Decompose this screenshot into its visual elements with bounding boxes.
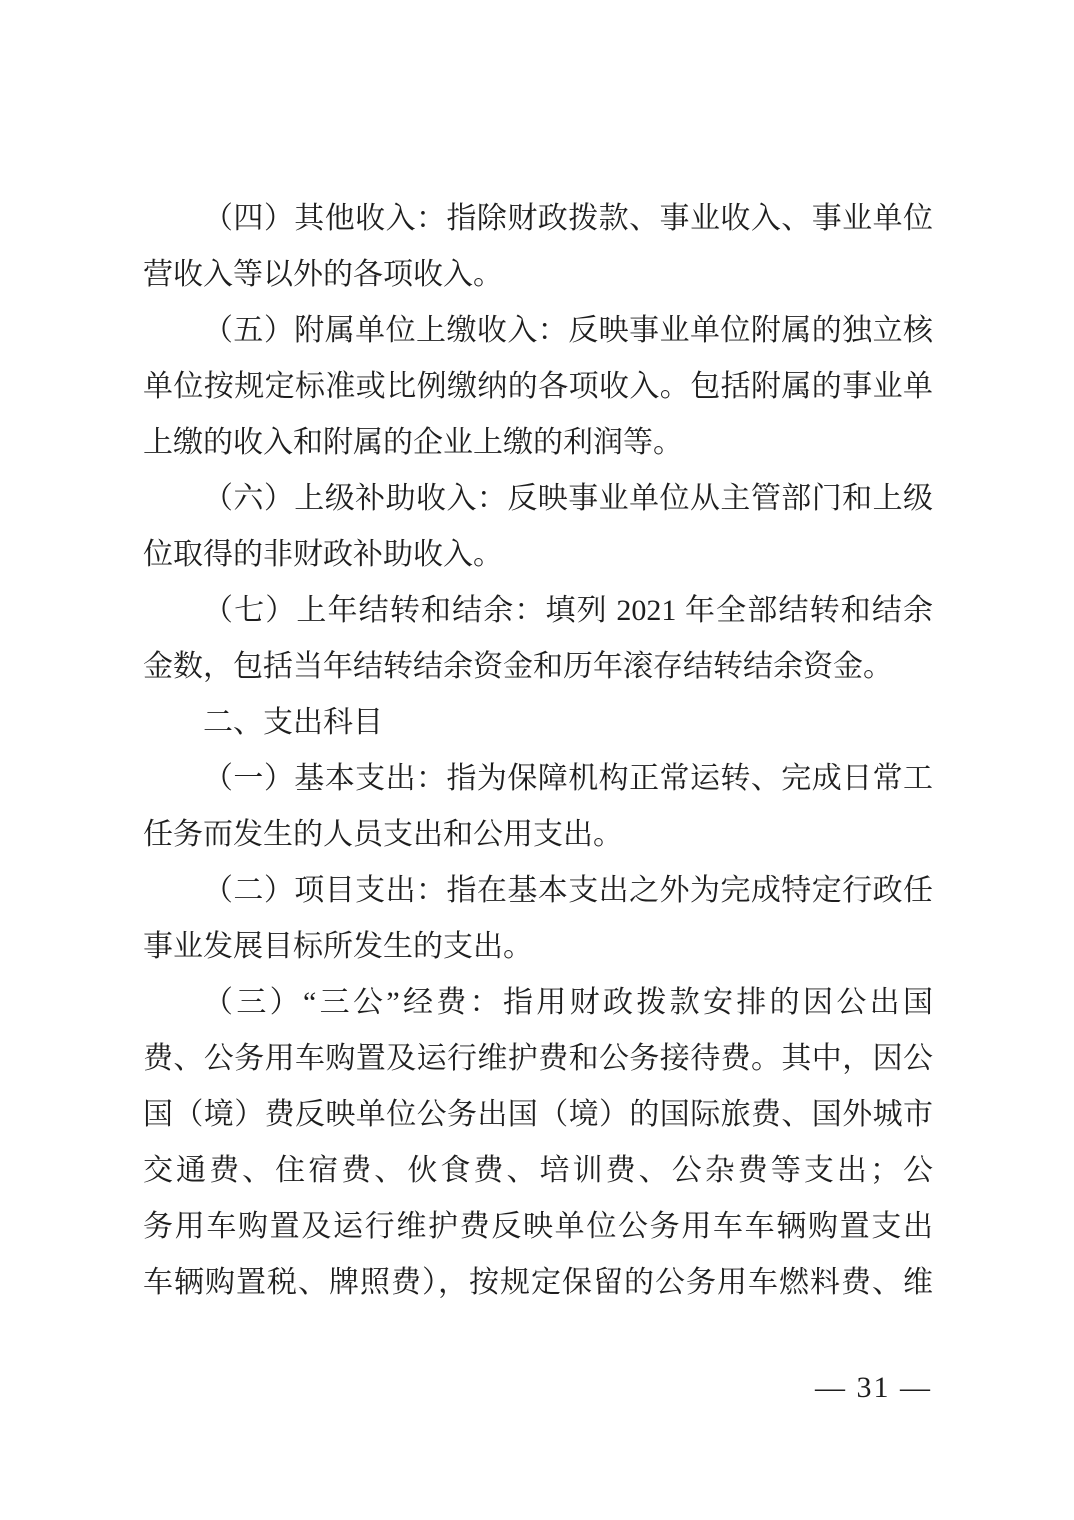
- text-line: 费、公务用车购置及运行维护费和公务接待费。其中，因公出: [143, 1031, 933, 1087]
- text-line: 务用车购置及运行维护费反映单位公务用车车辆购置支出（含: [143, 1199, 933, 1255]
- document-body: （四）其他收入：指除财政拨款、事业收入、事业单位经 营收入等以外的各项收入。 （…: [143, 191, 933, 1311]
- text-line: （五）附属单位上缴收入：反映事业单位附属的独立核算: [143, 303, 933, 359]
- text-line: （二）项目支出：指在基本支出之外为完成特定行政任务或: [143, 863, 933, 919]
- paragraph-carryover-balance: （七）上年结转和结余：填列 2021 年全部结转和结余的资 金数，包括当年结转结…: [143, 583, 933, 695]
- text-line: （三）“三公”经费：指用财政拨款安排的因公出国（境）: [143, 975, 933, 1031]
- section-heading-expenditure: 二、支出科目: [143, 695, 933, 751]
- text-line: 任务而发生的人员支出和公用支出。: [143, 807, 933, 863]
- paragraph-superior-subsidy-income: （六）上级补助收入：反映事业单位从主管部门和上级单 位取得的非财政补助收入。: [143, 471, 933, 583]
- text-line: 事业发展目标所发生的支出。: [143, 919, 933, 975]
- text-line: 国（境）费反映单位公务出国（境）的国际旅费、国外城市间: [143, 1087, 933, 1143]
- paragraph-three-public-funds: （三）“三公”经费：指用财政拨款安排的因公出国（境） 费、公务用车购置及运行维护…: [143, 975, 933, 1311]
- text-line: 位取得的非财政补助收入。: [143, 527, 933, 583]
- text-line: 车辆购置税、牌照费），按规定保留的公务用车燃料费、维修: [143, 1255, 933, 1311]
- text-line: 上缴的收入和附属的企业上缴的利润等。: [143, 415, 933, 471]
- page-number: — 31 —: [815, 1368, 932, 1408]
- section-heading-line: 二、支出科目: [143, 695, 933, 751]
- text-line: （四）其他收入：指除财政拨款、事业收入、事业单位经: [143, 191, 933, 247]
- text-line: 营收入等以外的各项收入。: [143, 247, 933, 303]
- paragraph-affiliated-unit-income: （五）附属单位上缴收入：反映事业单位附属的独立核算 单位按规定标准或比例缴纳的各…: [143, 303, 933, 471]
- text-line: 金数，包括当年结转结余资金和历年滚存结转结余资金。: [143, 639, 933, 695]
- text-line: （七）上年结转和结余：填列 2021 年全部结转和结余的资: [143, 583, 933, 639]
- text-line: 单位按规定标准或比例缴纳的各项收入。包括附属的事业单位: [143, 359, 933, 415]
- text-line: （六）上级补助收入：反映事业单位从主管部门和上级单: [143, 471, 933, 527]
- text-line: 交通费、住宿费、伙食费、培训费、公杂费等支出；公: [143, 1143, 933, 1199]
- paragraph-basic-expenditure: （一）基本支出：指为保障机构正常运转、完成日常工作 任务而发生的人员支出和公用支…: [143, 751, 933, 863]
- paragraph-project-expenditure: （二）项目支出：指在基本支出之外为完成特定行政任务或 事业发展目标所发生的支出。: [143, 863, 933, 975]
- text-line: （一）基本支出：指为保障机构正常运转、完成日常工作: [143, 751, 933, 807]
- paragraph-other-income: （四）其他收入：指除财政拨款、事业收入、事业单位经 营收入等以外的各项收入。: [143, 191, 933, 303]
- document-page: （四）其他收入：指除财政拨款、事业收入、事业单位经 营收入等以外的各项收入。 （…: [0, 0, 1074, 1520]
